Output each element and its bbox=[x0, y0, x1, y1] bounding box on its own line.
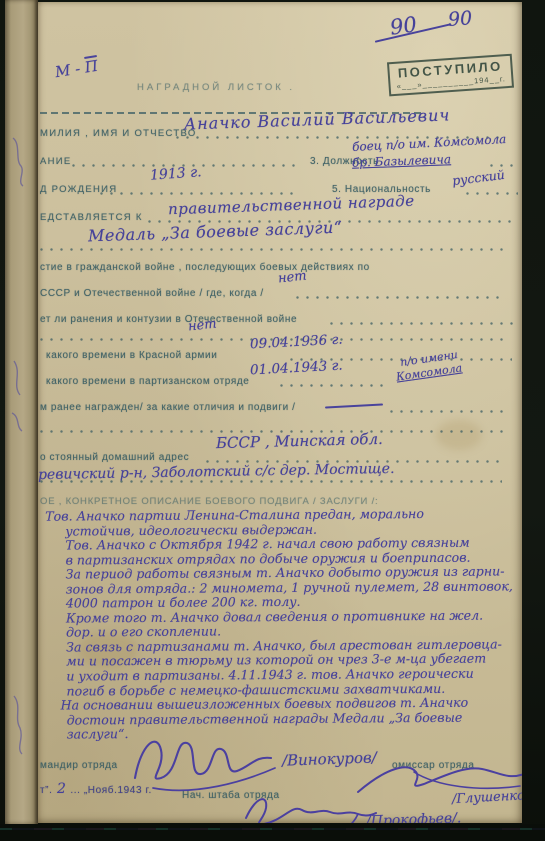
field-partisan-label: какого времени в партизанском отряде bbox=[46, 376, 249, 387]
field-name-value: Аначко Василий Васильевич bbox=[184, 105, 451, 133]
dotted-leader bbox=[40, 480, 502, 483]
page-number: 90 bbox=[447, 7, 473, 31]
handwriting-fragment bbox=[8, 690, 28, 760]
handwriting-fragment bbox=[7, 130, 29, 190]
field-wounds-value: нет bbox=[187, 317, 217, 335]
field-prevawards-label: м ранее награжден/ за какие отличия и по… bbox=[40, 402, 296, 413]
date-rest: ... „Нояб.1943 г. bbox=[70, 785, 152, 796]
field-war-label-line1: стие в гражданской войне , последующих б… bbox=[40, 262, 370, 273]
paper-stain bbox=[436, 420, 482, 450]
feat-heading: ОЕ , КОНКРЕТНОЕ ОПИСАНИЕ БОЕВОГО ПОДВИГА… bbox=[40, 496, 379, 507]
film-edge-artifact bbox=[0, 828, 545, 830]
field-wounds-label: ет ли ранения и контузии в Отечественной… bbox=[40, 314, 297, 325]
date-line: т”. 2 ... „Нояб.1943 г. bbox=[40, 780, 152, 798]
field-prevawards-dash bbox=[325, 403, 383, 408]
dotted-leader bbox=[466, 192, 518, 195]
top-left-mark: М - П bbox=[54, 57, 99, 82]
dotted-leader bbox=[40, 248, 506, 251]
dotted-leader bbox=[280, 384, 388, 387]
field-nationality-value: русский bbox=[451, 167, 505, 188]
field-birth-value: 1913 г. bbox=[150, 164, 203, 184]
field-address-label: о стоянный домашний адрес bbox=[40, 452, 189, 463]
date-day: 2 bbox=[57, 781, 66, 797]
field-award-label: ЕДСТАВЛЯЕТСЯ К bbox=[40, 212, 143, 223]
field-redarmy-value: 09.04.1936 г. bbox=[250, 332, 343, 353]
document-title: НАГРАДНОЙ ЛИСТОК . bbox=[137, 82, 295, 93]
field-name-label: МИЛИЯ , ИМЯ И ОТЧЕСТВО bbox=[40, 128, 197, 139]
field-position-value-line2: бр. Базылевича bbox=[352, 152, 451, 169]
award-sheet-page: 90 90 М - П НАГРАДНОЙ ЛИСТОК . ПОСТУПИЛО… bbox=[38, 2, 522, 823]
field-address-value: БССР , Минская обл. bbox=[216, 430, 383, 452]
dotted-leader bbox=[330, 322, 514, 325]
dotted-leader bbox=[390, 410, 506, 413]
field-rank-label: АНИЕ bbox=[40, 156, 72, 167]
scanned-award-document: 90 90 М - П НАГРАДНОЙ ЛИСТОК . ПОСТУПИЛО… bbox=[0, 0, 545, 841]
field-war-label-line2: СССР и Отечественной войне / где, когда … bbox=[40, 288, 264, 299]
feat-description: Тов. Аначко партии Ленина-Сталина предан… bbox=[45, 506, 519, 742]
field-partisan-value: 01.04.1943 г. bbox=[250, 358, 343, 379]
received-stamp: ПОСТУПИЛО «___»__________194__г. bbox=[387, 54, 514, 97]
handwriting-fragment bbox=[6, 355, 28, 435]
field-redarmy-label: какого времени в Красной армии bbox=[46, 350, 217, 361]
dotted-leader bbox=[100, 192, 300, 195]
field-war-value: нет bbox=[277, 269, 307, 287]
commander-label: мандир отряда bbox=[40, 760, 118, 771]
chief-of-staff-name: /Прокофьев/. bbox=[366, 810, 462, 823]
dotted-leader bbox=[296, 296, 506, 299]
table-surface bbox=[0, 824, 545, 841]
dotted-leader bbox=[490, 164, 518, 167]
date-prefix: т”. bbox=[40, 785, 53, 796]
adjacent-page-edge bbox=[5, 0, 38, 824]
field-award-value: правительственной награде bbox=[168, 192, 415, 219]
